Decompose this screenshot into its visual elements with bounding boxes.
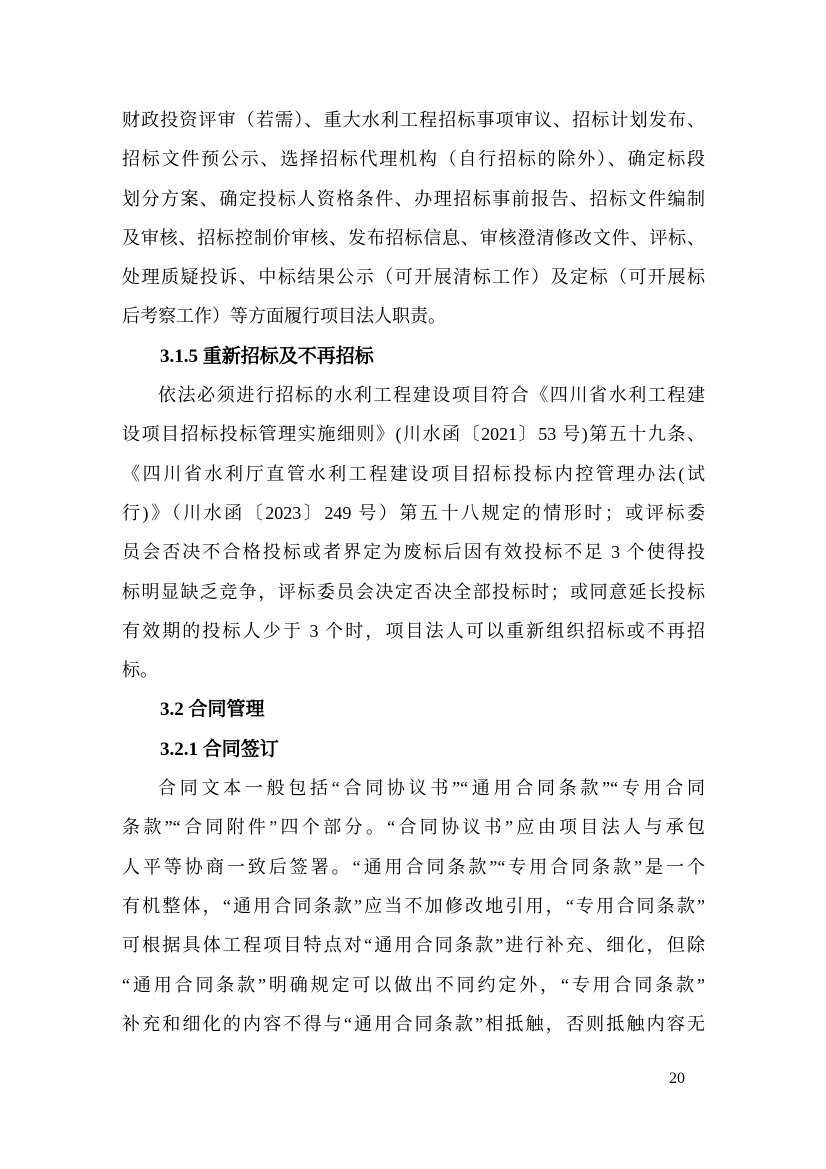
text-line: 人平等协商一致后签署。“通用合同条款”“专用合同条款”是一个 [122, 848, 705, 887]
text-line: 设项目招标投标管理实施细则》(川水函〔2021〕53 号)第五十九条、 [122, 415, 705, 454]
text-line: 条款”“合同附件”四个部分。“合同协议书”应由项目法人与承包 [122, 808, 705, 847]
text-line: 及审核、招标控制价审核、发布招标信息、审核澄清修改文件、评标、 [122, 219, 705, 258]
text-line: 依法必须进行招标的水利工程建设项目符合《四川省水利工程建 [122, 376, 705, 415]
text-line: 有效期的投标人少于 3 个时，项目法人可以重新组织招标或不再招 [122, 612, 705, 651]
text-line: 可根据具体工程项目特点对“通用合同条款”进行补充、细化，但除 [122, 926, 705, 965]
text-line: 后考察工作）等方面履行项目法人职责。 [122, 297, 705, 336]
text-line: 员会否决不合格投标或者界定为废标后因有效投标不足 3 个使得投 [122, 533, 705, 572]
page-number: 20 [669, 1069, 685, 1089]
text-line: 《四川省水利厅直管水利工程建设项目招标投标内控管理办法(试 [122, 455, 705, 494]
text-line: 划分方案、确定投标人资格条件、办理招标事前报告、招标文件编制 [122, 180, 705, 219]
text-line: 处理质疑投诉、中标结果公示（可开展清标工作）及定标（可开展标 [122, 258, 705, 297]
text-line: 标明显缺乏竞争，评标委员会决定否决全部投标时；或同意延长投标 [122, 573, 705, 612]
text-line: “通用合同条款”明确规定可以做出不同约定外，“专用合同条款” [122, 966, 705, 1005]
heading-3-2: 3.2 合同管理 [122, 690, 705, 729]
heading-3-1-5: 3.1.5 重新招标及不再招标 [122, 337, 705, 376]
text-line: 招标文件预公示、选择招标代理机构（自行招标的除外）、确定标段 [122, 140, 705, 179]
text-line: 财政投资评审（若需）、重大水利工程招标事项审议、招标计划发布、 [122, 101, 705, 140]
text-line: 合同文本一般包括“合同协议书”“通用合同条款”“专用合同 [122, 769, 705, 808]
heading-3-2-1: 3.2.1 合同签订 [122, 730, 705, 769]
text-line: 补充和细化的内容不得与“通用合同条款”相抵触，否则抵触内容无 [122, 1005, 705, 1044]
text-line: 标。 [122, 651, 705, 690]
document-page: 财政投资评审（若需）、重大水利工程招标事项审议、招标计划发布、 招标文件预公示、… [0, 0, 826, 1169]
text-line: 行)》（川水函〔2023〕249 号）第五十八规定的情形时；或评标委 [122, 494, 705, 533]
text-line: 有机整体，“通用合同条款”应当不加修改地引用，“专用合同条款” [122, 887, 705, 926]
page-content: 财政投资评审（若需）、重大水利工程招标事项审议、招标计划发布、 招标文件预公示、… [122, 101, 705, 1044]
